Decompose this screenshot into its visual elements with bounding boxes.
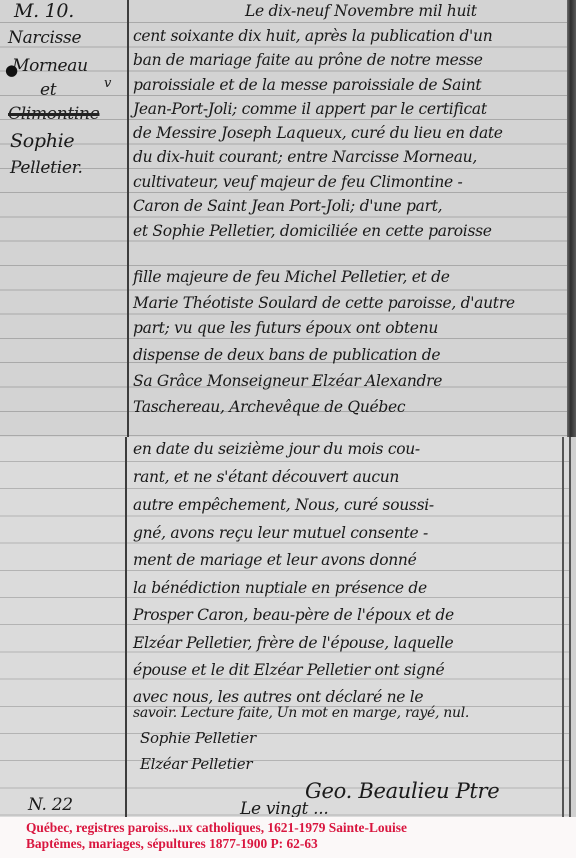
body-line: en date du seizième jour du mois cou- bbox=[133, 440, 420, 458]
body-line: fille majeure de feu Michel Pelletier, e… bbox=[133, 268, 450, 286]
margin-next-entry-number: N. 22 bbox=[28, 795, 73, 815]
register-scan: M. 10. Narcisse Morneau ● et v Climontin… bbox=[0, 0, 576, 817]
body-line: Elzéar Pelletier, frère de l'épouse, laq… bbox=[133, 634, 453, 652]
margin-rule bbox=[125, 437, 127, 817]
page-edge-rule bbox=[562, 437, 564, 817]
body-line: gné, avons reçu leur mutuel consente - bbox=[133, 524, 428, 542]
signature-witness: Elzéar Pelletier bbox=[140, 755, 252, 773]
signature-priest: Geo. Beaulieu Ptre bbox=[305, 779, 499, 803]
margin-check-mark: v bbox=[104, 76, 111, 91]
body-line: Marie Théotiste Soulard de cette paroiss… bbox=[133, 294, 515, 312]
margin-bride-last-name: Pelletier. bbox=[10, 158, 83, 178]
body-line: Sa Grâce Monseigneur Elzéar Alexandre bbox=[133, 372, 442, 390]
body-line: ment de mariage et leur avons donné bbox=[133, 551, 416, 569]
body-line: Caron de Saint Jean Port-Joli; d'une par… bbox=[133, 197, 442, 215]
body-line: et Sophie Pelletier, domiciliée en cette… bbox=[133, 222, 492, 240]
caption-collection-title: Québec, registres paroiss...ux catholiqu… bbox=[26, 820, 407, 836]
body-line: épouse et le dit Elzéar Pelletier ont si… bbox=[133, 661, 444, 679]
body-line: de Messire Joseph Laqueux, curé du lieu … bbox=[133, 124, 503, 142]
next-entry-first-line: Le vingt ... bbox=[240, 799, 328, 817]
source-caption: Québec, registres paroiss...ux catholiqu… bbox=[0, 817, 576, 858]
body-line: part; vu que les futurs époux ont obtenu bbox=[133, 319, 438, 337]
body-line: savoir. Lecture faite, Un mot en marge, … bbox=[133, 705, 469, 721]
margin-struck-name: Climontine bbox=[8, 104, 99, 124]
margin-entry-number: M. 10. bbox=[14, 0, 74, 22]
body-line: la bénédiction nuptiale en présence de bbox=[133, 579, 427, 597]
body-line: avec nous, les autres ont déclaré ne le bbox=[133, 688, 423, 706]
register-scan-top-section: M. 10. Narcisse Morneau ● et v Climontin… bbox=[0, 0, 576, 437]
body-line: ban de mariage faite au prône de notre m… bbox=[133, 51, 483, 69]
body-line: cent soixante dix huit, après la publica… bbox=[133, 27, 492, 45]
caption-record-details: Baptêmes, mariages, sépultures 1877-1900… bbox=[26, 836, 318, 852]
page-edge bbox=[571, 437, 576, 817]
margin-bride-first-name: Sophie bbox=[10, 130, 74, 152]
register-scan-bottom-section: en date du seizième jour du mois cou- ra… bbox=[0, 437, 576, 817]
body-line: cultivateur, veuf majeur de feu Climonti… bbox=[133, 173, 463, 191]
margin-rule bbox=[127, 0, 129, 437]
body-line: Prosper Caron, beau-père de l'époux et d… bbox=[133, 606, 454, 624]
body-line: Jean-Port-Joli; comme il appert par le c… bbox=[133, 100, 487, 118]
page-edge-shadow bbox=[567, 0, 576, 437]
body-line: Taschereau, Archevêque de Québec bbox=[133, 398, 405, 416]
body-line: Le dix-neuf Novembre mil huit bbox=[245, 2, 477, 20]
body-line: rant, et ne s'étant découvert aucun bbox=[133, 468, 399, 486]
body-line: paroissiale et de la messe paroissiale d… bbox=[133, 76, 481, 94]
body-line: dispense de deux bans de publication de bbox=[133, 346, 440, 364]
body-line: du dix-huit courant; entre Narcisse Morn… bbox=[133, 148, 477, 166]
ink-blot: ● bbox=[5, 61, 18, 79]
margin-groom-last-name: Morneau bbox=[12, 56, 88, 76]
margin-conjunction: et bbox=[40, 80, 56, 100]
margin-groom-first-name: Narcisse bbox=[8, 28, 81, 48]
signature-bride: Sophie Pelletier bbox=[140, 729, 256, 747]
body-line: autre empêchement, Nous, curé soussi- bbox=[133, 496, 434, 514]
